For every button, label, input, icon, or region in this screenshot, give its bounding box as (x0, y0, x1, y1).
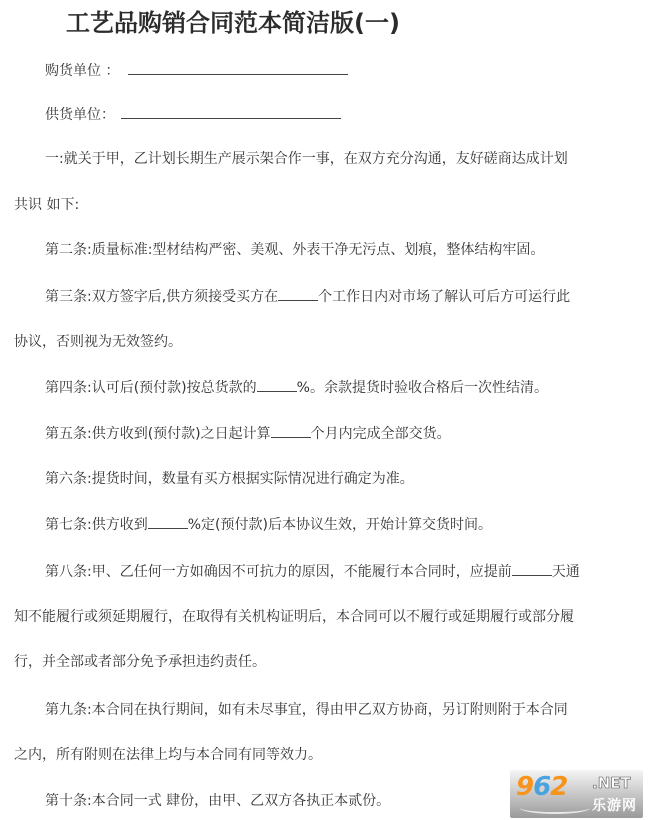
clause-3-line-2: 协议，否则视为无效签约。 (14, 332, 182, 352)
clause-1-line-2: 共识 如下: (14, 195, 79, 215)
watermark-cn: 乐游网 (592, 795, 637, 815)
clause-7: 第七条:供方收到%定(预付款)后本协议生效，开始计算交货时间。 (45, 514, 492, 535)
clause-4-text-a: 第四条:认可后(预付款)按总货款的 (45, 380, 257, 396)
clause-3-text-a: 第三条:双方签字后,供方须接受买方在 (45, 289, 278, 305)
buyer-field: 购货单位 ： (45, 60, 348, 81)
document-title: 工艺品购销合同范本简洁版(一) (66, 5, 400, 41)
supplier-field: 供货单位： (45, 104, 341, 125)
buyer-blank[interactable] (128, 60, 348, 75)
clause-8-line-3: 行，并全部或者部分免予承担违约责任。 (14, 652, 266, 672)
clause-9-line-2: 之内，所有附则在法律上均与本合同有同等效力。 (14, 745, 322, 765)
clause-3-text-b: 个工作日内对市场了解认可后方可运行此 (318, 289, 570, 305)
clause-1-line-1: 一:就关于甲，乙计划长期生产展示架合作一事，在双方充分沟通，友好磋商达成计划 (45, 149, 568, 169)
clause-2: 第二条:质量标准:型材结构严密、美观、外表干净无污点、划痕，整体结构牢固。 (45, 240, 544, 260)
supplier-label: 供货单位： (45, 107, 115, 123)
clause-8-text-b: 天通 (552, 564, 580, 580)
clause-8-text-a: 第八条:甲、乙任何一方如确因不可抗力的原因，不能履行本合同时，应提前 (45, 564, 512, 580)
watermark-number: 962 (516, 772, 567, 802)
clause-4-text-b: %。余款提货时验收合格后一次性结清。 (297, 380, 548, 396)
swoosh-icon (520, 802, 590, 814)
clause-5-text-a: 第五条:供方收到(预付款)之日起计算 (45, 426, 271, 442)
clause-6: 第六条:提货时间，数量有买方根据实际情况进行确定为准。 (45, 469, 414, 489)
clause-4-blank[interactable] (257, 377, 297, 392)
clause-3-blank[interactable] (278, 286, 318, 301)
watermark-digit: 2 (550, 772, 567, 802)
clause-5: 第五条:供方收到(预付款)之日起计算个月内完成全部交货。 (45, 423, 451, 444)
clause-9-line-1: 第九条:本合同在执行期间，如有未尽事宜，得由甲乙双方协商，另订附则附于本合同 (45, 700, 568, 720)
clause-7-text-b: %定(预付款)后本协议生效，开始计算交货时间。 (188, 517, 492, 533)
clause-8-blank[interactable] (512, 561, 552, 576)
buyer-label: 购货单位 ： (45, 63, 119, 79)
clause-4: 第四条:认可后(预付款)按总货款的%。余款提货时验收合格后一次性结清。 (45, 377, 548, 398)
clause-5-text-b: 个月内完成全部交货。 (311, 426, 451, 442)
watermark-net: .NET (592, 774, 631, 792)
watermark-logo: 962 .NET 乐游网 (510, 770, 643, 818)
supplier-blank[interactable] (121, 104, 341, 119)
clause-10: 第十条:本合同一式 肆份，由甲、乙双方各执正本贰份。 (45, 791, 390, 811)
clause-7-blank[interactable] (148, 514, 188, 529)
watermark-digit: 9 (516, 772, 533, 802)
clause-8-line-2: 知不能履行或须延期履行，在取得有关机构证明后，本合同可以不履行或延期履行或部分履 (14, 607, 574, 627)
clause-5-blank[interactable] (271, 423, 311, 438)
clause-7-text-a: 第七条:供方收到 (45, 517, 148, 533)
clause-3-line-1: 第三条:双方签字后,供方须接受买方在个工作日内对市场了解认可后方可运行此 (45, 286, 570, 307)
clause-8-line-1: 第八条:甲、乙任何一方如确因不可抗力的原因，不能履行本合同时，应提前天通 (45, 561, 580, 582)
watermark-digit: 6 (533, 772, 550, 802)
